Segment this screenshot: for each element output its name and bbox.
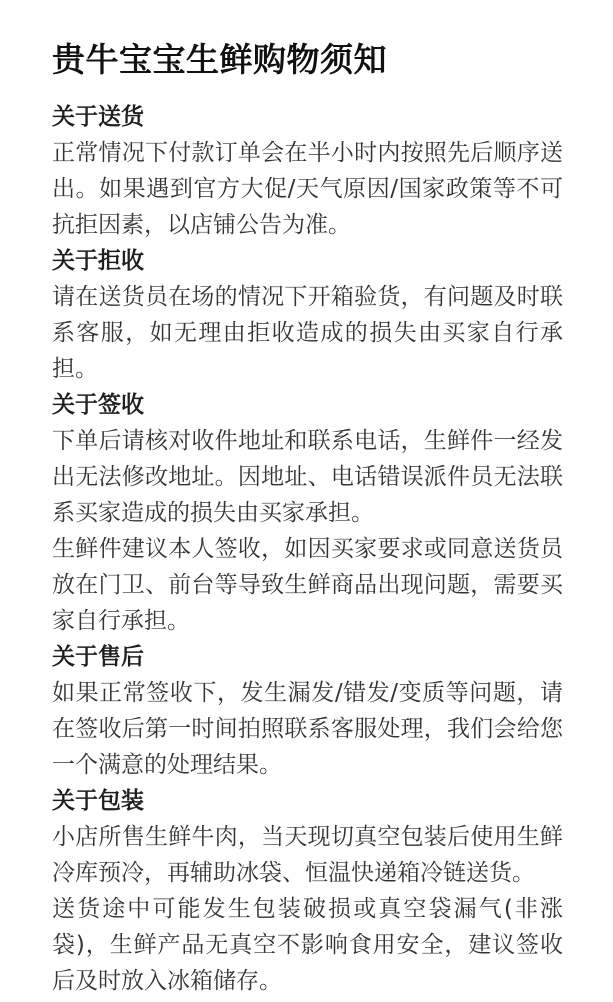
section-receipt-heading: 关于签收 — [52, 387, 563, 423]
section-packaging-heading: 关于包装 — [52, 783, 563, 819]
page-title: 贵牛宝宝生鲜购物须知 — [52, 38, 563, 83]
section-receipt: 关于签收 下单后请核对收件地址和联系电话，生鲜件一经发出无法修改地址。因地址、电… — [52, 387, 563, 639]
shopping-notice-document: 贵牛宝宝生鲜购物须知 关于送货 正常情况下付款订单会在半小时内按照先后顺序送出。… — [0, 0, 613, 1002]
section-aftersales-paragraph: 如果正常签收下，发生漏发/错发/变质等问题，请在签收后第一时间拍照联系客服处理，… — [52, 675, 563, 783]
section-packaging-paragraph-2: 送货途中可能发生包装破损或真空袋漏气(非涨袋)，生鲜产品无真空不影响食用安全，建… — [52, 891, 563, 999]
section-packaging-paragraph-1: 小店所售生鲜牛肉，当天现切真空包装后使用生鲜冷库预冷，再辅助冰袋、恒温快递箱冷链… — [52, 819, 563, 891]
section-packaging: 关于包装 小店所售生鲜牛肉，当天现切真空包装后使用生鲜冷库预冷，再辅助冰袋、恒温… — [52, 783, 563, 999]
section-rejection: 关于拒收 请在送货员在场的情况下开箱验货，有问题及时联系客服，如无理由拒收造成的… — [52, 243, 563, 387]
section-rejection-paragraph: 请在送货员在场的情况下开箱验货，有问题及时联系客服，如无理由拒收造成的损失由买家… — [52, 279, 563, 387]
section-receipt-paragraph-1: 下单后请核对收件地址和联系电话，生鲜件一经发出无法修改地址。因地址、电话错误派件… — [52, 423, 563, 531]
section-aftersales: 关于售后 如果正常签收下，发生漏发/错发/变质等问题，请在签收后第一时间拍照联系… — [52, 639, 563, 783]
section-aftersales-heading: 关于售后 — [52, 639, 563, 675]
section-delivery-heading: 关于送货 — [52, 99, 563, 135]
section-receipt-paragraph-2: 生鲜件建议本人签收，如因买家要求或同意送货员放在门卫、前台等导致生鲜商品出现问题… — [52, 531, 563, 639]
section-delivery-paragraph: 正常情况下付款订单会在半小时内按照先后顺序送出。如果遇到官方大促/天气原因/国家… — [52, 135, 563, 243]
section-delivery: 关于送货 正常情况下付款订单会在半小时内按照先后顺序送出。如果遇到官方大促/天气… — [52, 99, 563, 243]
section-rejection-heading: 关于拒收 — [52, 243, 563, 279]
